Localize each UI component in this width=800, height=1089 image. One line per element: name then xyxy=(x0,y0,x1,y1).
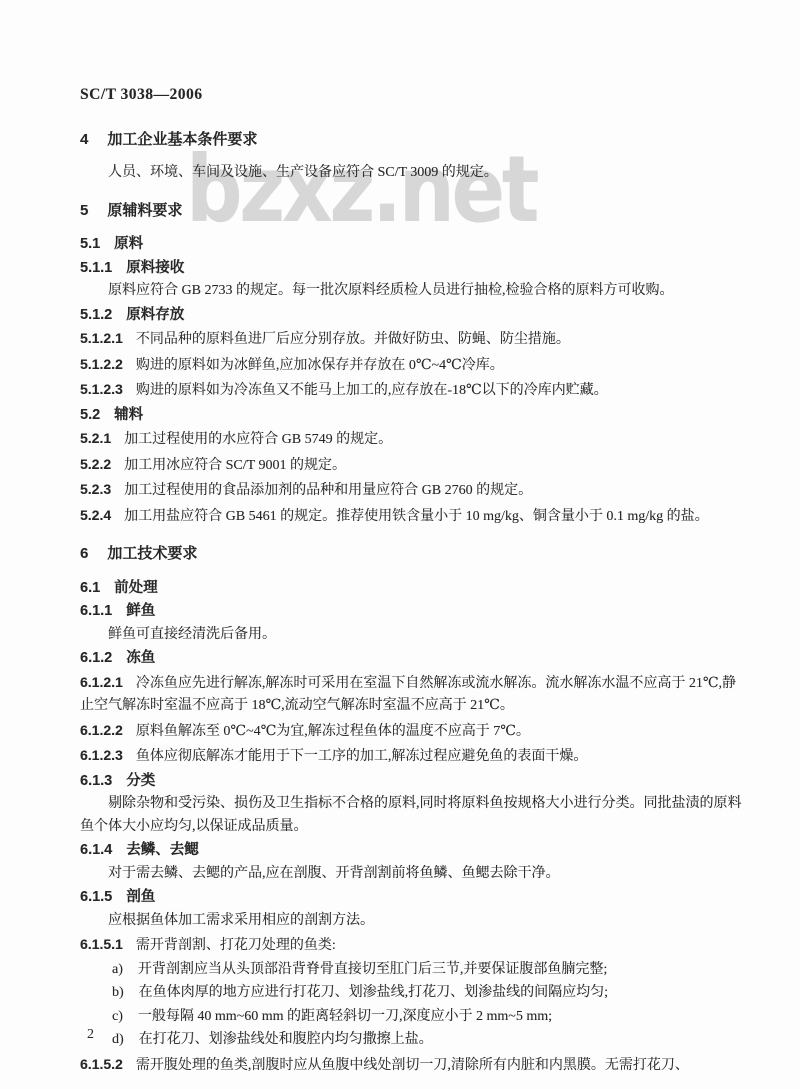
clause-6-1-2-2: 6.1.2.2原料鱼解冻至 0℃~4℃为宜,解冻过程鱼体的温度不应高于 7℃。 xyxy=(80,719,742,744)
clause-6-1-2-1: 6.1.2.1冷冻鱼应先进行解冻,解冻时可采用在室温下自然解冻或流水解冻。流水解… xyxy=(80,671,742,718)
page-number: 2 xyxy=(87,1027,94,1043)
section-heading-5: 5原辅料要求 xyxy=(80,200,742,223)
list-text: 在打花刀、划渗盐线处和腹腔内均匀撒擦上盐。 xyxy=(139,1032,433,1047)
section-title: 加工企业基本条件要求 xyxy=(107,131,257,148)
list-text: 开背剖割应当从头顶部沿背脊骨直接切至肛门后三节,并要保证腹部鱼腩完整; xyxy=(138,962,607,977)
section-number: 6 xyxy=(80,545,88,562)
clause-5-2-3: 5.2.3加工过程使用的食品添加剂的品种和用量应符合 GB 2760 的规定。 xyxy=(80,478,742,503)
subsection-heading-5-2: 5.2辅料 xyxy=(80,404,742,427)
clause-6-1-2-3: 6.1.2.3鱼体应彻底解冻才能用于下一工序的加工,解冻过程应避免鱼的表面干燥。 xyxy=(80,744,742,769)
clause-number: 5.2.1 xyxy=(80,430,111,446)
clause-text: 鱼体应彻底解冻才能用于下一工序的加工,解冻过程应避免鱼的表面干燥。 xyxy=(136,749,588,764)
subsection-heading-6-1-1: 6.1.1鲜鱼 xyxy=(80,600,742,623)
clause-number: 6.1.2.1 xyxy=(80,674,123,690)
clause-number: 6.1.5.2 xyxy=(80,1056,123,1072)
subsection-heading-6-1-5: 6.1.5剖鱼 xyxy=(80,886,742,909)
clause-number: 5.2.4 xyxy=(80,507,111,523)
clause-title: 剖鱼 xyxy=(126,889,155,905)
section-heading-4: 4加工企业基本条件要求 xyxy=(80,129,742,152)
clause-number: 5.1.2.3 xyxy=(80,381,123,397)
clause-5-2-4: 5.2.4加工用盐应符合 GB 5461 的规定。推荐使用铁含量小于 10 mg… xyxy=(80,504,742,529)
clause-text: 购进的原料如为冰鲜鱼,应加冰保存并存放在 0℃~4℃冷库。 xyxy=(136,358,504,373)
paragraph: 原料应符合 GB 2733 的规定。每一批次原料经质检人员进行抽检,检验合格的原… xyxy=(80,280,742,303)
clause-5-1-2-1: 5.1.2.1不同品种的原料鱼进厂后应分别存放。并做好防虫、防蝇、防尘措施。 xyxy=(80,327,742,352)
clause-5-1-2-2: 5.1.2.2购进的原料如为冰鲜鱼,应加冰保存并存放在 0℃~4℃冷库。 xyxy=(80,353,742,378)
document-content: SC/T 3038—2006 4加工企业基本条件要求 人员、环境、车间及设施、生… xyxy=(0,0,800,1077)
list-item-b: b)在鱼体肉厚的地方应进行打花刀、划渗盐线,打花刀、划渗盐线的间隔应均匀; xyxy=(80,982,742,1005)
list-marker: a) xyxy=(112,962,123,977)
section-heading-6: 6加工技术要求 xyxy=(80,543,742,566)
clause-title: 原料接收 xyxy=(126,260,184,276)
clause-number: 5.2.3 xyxy=(80,481,111,497)
subsection-heading-6-1-3: 6.1.3分类 xyxy=(80,770,742,793)
clause-number: 6.1.2.3 xyxy=(80,747,123,763)
subsection-heading-5-1: 5.1原料 xyxy=(80,233,742,256)
clause-text: 加工用冰应符合 SC/T 9001 的规定。 xyxy=(124,458,346,473)
clause-number: 6.1.2 xyxy=(80,650,112,666)
clause-text: 冷冻鱼应先进行解冻,解冻时可采用在室温下自然解冻或流水解冻。流水解冻水温不应高于… xyxy=(80,676,736,714)
clause-6-1-5-2: 6.1.5.2需开腹处理的鱼类,剖腹时应从鱼腹中线处剖切一刀,清除所有内脏和内黑… xyxy=(80,1053,742,1078)
clause-number: 5.1.2 xyxy=(80,307,112,323)
clause-number: 5.1.2.2 xyxy=(80,356,123,372)
list-text: 在鱼体肉厚的地方应进行打花刀、划渗盐线,打花刀、划渗盐线的间隔应均匀; xyxy=(139,985,608,1000)
clause-text: 加工过程使用的水应符合 GB 5749 的规定。 xyxy=(124,432,392,447)
clause-number: 6.1.2.2 xyxy=(80,722,123,738)
clause-text: 购进的原料如为冷冻鱼又不能马上加工的,应存放在-18℃以下的冷库内贮藏。 xyxy=(136,383,608,398)
clause-title: 分类 xyxy=(126,773,155,789)
clause-text: 需开背剖割、打花刀处理的鱼类: xyxy=(136,938,336,953)
clause-number: 5.1.2.1 xyxy=(80,330,123,346)
clause-number: 6.1.5 xyxy=(80,889,112,905)
scanned-standard-page: bzxz.net SC/T 3038—2006 4加工企业基本条件要求 人员、环… xyxy=(0,0,800,1089)
subsection-heading-6-1-4: 6.1.4去鳞、去鳃 xyxy=(80,839,742,862)
clause-text: 原料鱼解冻至 0℃~4℃为宜,解冻过程鱼体的温度不应高于 7℃。 xyxy=(136,724,530,739)
clause-number: 5.1.1 xyxy=(80,260,112,276)
subsection-heading-6-1-2: 6.1.2冻鱼 xyxy=(80,647,742,670)
clause-5-2-1: 5.2.1加工过程使用的水应符合 GB 5749 的规定。 xyxy=(80,427,742,452)
clause-number: 6.1.5.1 xyxy=(80,936,123,952)
paragraph: 应根据鱼体加工需求采用相应的剖割方法。 xyxy=(80,910,742,933)
subsection-heading-5-1-1: 5.1.1原料接收 xyxy=(80,257,742,280)
clause-title: 原料 xyxy=(114,236,143,252)
paragraph: 鲜鱼可直接经清洗后备用。 xyxy=(80,624,742,647)
list-item-c: c)一般每隔 40 mm~60 mm 的距离轻斜切一刀,深度应小于 2 mm~5… xyxy=(80,1006,742,1029)
clause-number: 5.2.2 xyxy=(80,456,111,472)
clause-text: 加工用盐应符合 GB 5461 的规定。推荐使用铁含量小于 10 mg/kg、铜… xyxy=(124,509,709,524)
clause-number: 6.1.4 xyxy=(80,842,112,858)
section-number: 4 xyxy=(80,131,88,148)
clause-6-1-5-1: 6.1.5.1需开背剖割、打花刀处理的鱼类: xyxy=(80,933,742,958)
list-marker: c) xyxy=(112,1009,123,1024)
clause-5-1-2-3: 5.1.2.3购进的原料如为冷冻鱼又不能马上加工的,应存放在-18℃以下的冷库内… xyxy=(80,378,742,403)
clause-title: 前处理 xyxy=(114,580,158,596)
clause-title: 鲜鱼 xyxy=(126,603,155,619)
clause-number: 6.1.3 xyxy=(80,773,112,789)
clause-number: 5.1 xyxy=(80,236,100,252)
clause-number: 6.1 xyxy=(80,580,100,596)
clause-number: 5.2 xyxy=(80,407,100,423)
clause-title: 辅料 xyxy=(114,407,143,423)
subsection-heading-6-1: 6.1前处理 xyxy=(80,577,742,600)
list-marker: b) xyxy=(112,985,124,1000)
list-marker: d) xyxy=(112,1032,124,1047)
clause-title: 去鳞、去鳃 xyxy=(126,842,199,858)
clause-5-2-2: 5.2.2加工用冰应符合 SC/T 9001 的规定。 xyxy=(80,453,742,478)
section-title: 原辅料要求 xyxy=(107,202,182,219)
standard-code-header: SC/T 3038—2006 xyxy=(80,84,742,107)
clause-title: 原料存放 xyxy=(126,307,184,323)
paragraph: 剔除杂物和受污染、损伤及卫生指标不合格的原料,同时将原料鱼按规格大小进行分类。同… xyxy=(80,793,742,838)
clause-text: 不同品种的原料鱼进厂后应分别存放。并做好防虫、防蝇、防尘措施。 xyxy=(136,332,570,347)
clause-text: 加工过程使用的食品添加剂的品种和用量应符合 GB 2760 的规定。 xyxy=(124,483,532,498)
paragraph: 对于需去鳞、去鳃的产品,应在剖腹、开背剖割前将鱼鳞、鱼鳃去除干净。 xyxy=(80,863,742,886)
clause-text: 需开腹处理的鱼类,剖腹时应从鱼腹中线处剖切一刀,清除所有内脏和内黑膜。无需打花刀… xyxy=(136,1058,689,1073)
clause-number: 6.1.1 xyxy=(80,603,112,619)
list-item-d: d)在打花刀、划渗盐线处和腹腔内均匀撒擦上盐。 xyxy=(80,1029,742,1052)
list-item-a: a)开背剖割应当从头顶部沿背脊骨直接切至肛门后三节,并要保证腹部鱼腩完整; xyxy=(80,959,742,982)
section-title: 加工技术要求 xyxy=(107,545,197,562)
clause-title: 冻鱼 xyxy=(126,650,155,666)
section-number: 5 xyxy=(80,202,88,219)
paragraph: 人员、环境、车间及设施、生产设备应符合 SC/T 3009 的规定。 xyxy=(80,162,742,185)
list-text: 一般每隔 40 mm~60 mm 的距离轻斜切一刀,深度应小于 2 mm~5 m… xyxy=(138,1009,552,1024)
subsection-heading-5-1-2: 5.1.2原料存放 xyxy=(80,304,742,327)
